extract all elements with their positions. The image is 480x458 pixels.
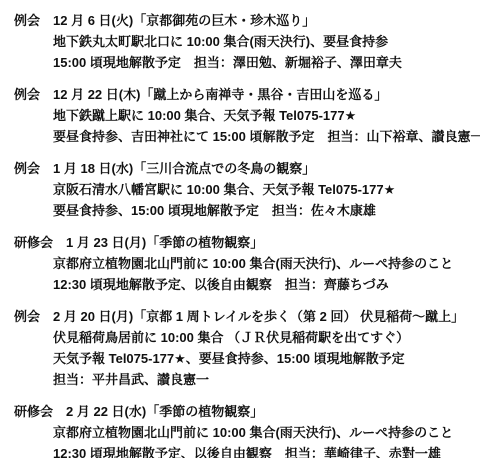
- event-title-line: 12 月 6 日(火)「京都御苑の巨木・珍木巡り」: [53, 10, 315, 31]
- event-detail-line: 担当：平井昌武、讃良憲一: [53, 369, 480, 390]
- event-detail-line: 要昼食持参、15:00 頃現地解散予定 担当：佐々木康雄: [53, 200, 480, 221]
- event-details: 地下鉄丸太町駅北口に 10:00 集合(雨天決行)、要昼食持参 15:00 頃現…: [14, 31, 480, 73]
- event-block: 例会 1 月 18 日(水)「三川合流点での冬鳥の観察」 京阪石清水八幡宮駅に …: [14, 158, 480, 221]
- event-title-line: 2 月 20 日(月)「京都 1 周トレイルを歩く（第 2 回） 伏見稲荷～蹴上…: [53, 306, 464, 327]
- event-first-line: 例会 2 月 20 日(月)「京都 1 周トレイルを歩く（第 2 回） 伏見稲荷…: [14, 306, 480, 327]
- event-detail-line: 地下鉄蹴上駅に 10:00 集合、天気予報 Tel075-177★: [53, 105, 480, 126]
- event-type-label: 研修会: [14, 232, 53, 253]
- event-detail-line: 天気予報 Tel075-177★、要昼食持参、15:00 頃現地解散予定: [53, 348, 480, 369]
- event-detail-line: 京阪石清水八幡宮駅に 10:00 集合、天気予報 Tel075-177★: [53, 179, 480, 200]
- event-type-label: 研修会: [14, 401, 53, 422]
- event-type-label: 例会: [14, 306, 40, 327]
- event-block: 例会 2 月 20 日(月)「京都 1 周トレイルを歩く（第 2 回） 伏見稲荷…: [14, 306, 480, 390]
- event-type-label: 例会: [14, 158, 40, 179]
- event-title-line: 1 月 18 日(水)「三川合流点での冬鳥の観察」: [53, 158, 315, 179]
- event-title-line: 12 月 22 日(木)「蹴上から南禅寺・黒谷・吉田山を巡る」: [53, 84, 387, 105]
- event-details: 地下鉄蹴上駅に 10:00 集合、天気予報 Tel075-177★ 要昼食持参、…: [14, 105, 480, 147]
- event-type-label: 例会: [14, 84, 40, 105]
- event-detail-line: 京都府立植物園北山門前に 10:00 集合(雨天決行)、ルーペ持参のこと: [53, 422, 480, 443]
- event-detail-line: 12:30 頃現地解散予定、以後自由観察 担当：齊藤ちづみ: [53, 274, 480, 295]
- event-block: 例会 12 月 22 日(木)「蹴上から南禅寺・黒谷・吉田山を巡る」 地下鉄蹴上…: [14, 84, 480, 147]
- event-detail-line: 伏見稲荷鳥居前に 10:00 集合 （ＪＲ伏見稲荷駅を出てすぐ）: [53, 327, 480, 348]
- event-detail-line: 要昼食持参、吉田神社にて 15:00 頃解散予定 担当：山下裕章、讃良憲一: [53, 126, 480, 147]
- event-detail-line: 地下鉄丸太町駅北口に 10:00 集合(雨天決行)、要昼食持参: [53, 31, 480, 52]
- event-title-line: 2 月 22 日(水)「季節の植物観察」: [66, 401, 263, 422]
- event-first-line: 例会 1 月 18 日(水)「三川合流点での冬鳥の観察」: [14, 158, 480, 179]
- event-block: 研修会 2 月 22 日(水)「季節の植物観察」 京都府立植物園北山門前に 10…: [14, 401, 480, 458]
- event-details: 京都府立植物園北山門前に 10:00 集合(雨天決行)、ルーペ持参のこと 12:…: [14, 422, 480, 458]
- event-first-line: 例会 12 月 22 日(木)「蹴上から南禅寺・黒谷・吉田山を巡る」: [14, 84, 480, 105]
- event-block: 研修会 1 月 23 日(月)「季節の植物観察」 京都府立植物園北山門前に 10…: [14, 232, 480, 295]
- event-first-line: 研修会 2 月 22 日(水)「季節の植物観察」: [14, 401, 480, 422]
- event-details: 伏見稲荷鳥居前に 10:00 集合 （ＪＲ伏見稲荷駅を出てすぐ） 天気予報 Te…: [14, 327, 480, 390]
- event-type-label: 例会: [14, 10, 40, 31]
- event-title-line: 1 月 23 日(月)「季節の植物観察」: [66, 232, 263, 253]
- event-block: 例会 12 月 6 日(火)「京都御苑の巨木・珍木巡り」 地下鉄丸太町駅北口に …: [14, 10, 480, 73]
- event-detail-line: 12:30 頃現地解散予定、以後自由観察 担当：華崎律子、赤對一雄: [53, 443, 480, 458]
- event-detail-line: 京都府立植物園北山門前に 10:00 集合(雨天決行)、ルーペ持参のこと: [53, 253, 480, 274]
- event-first-line: 例会 12 月 6 日(火)「京都御苑の巨木・珍木巡り」: [14, 10, 480, 31]
- event-list: 例会 12 月 6 日(火)「京都御苑の巨木・珍木巡り」 地下鉄丸太町駅北口に …: [14, 10, 480, 458]
- event-details: 京阪石清水八幡宮駅に 10:00 集合、天気予報 Tel075-177★ 要昼食…: [14, 179, 480, 221]
- event-detail-line: 15:00 頃現地解散予定 担当：澤田勉、新堀裕子、澤田章夫: [53, 52, 480, 73]
- event-details: 京都府立植物園北山門前に 10:00 集合(雨天決行)、ルーペ持参のこと 12:…: [14, 253, 480, 295]
- event-first-line: 研修会 1 月 23 日(月)「季節の植物観察」: [14, 232, 480, 253]
